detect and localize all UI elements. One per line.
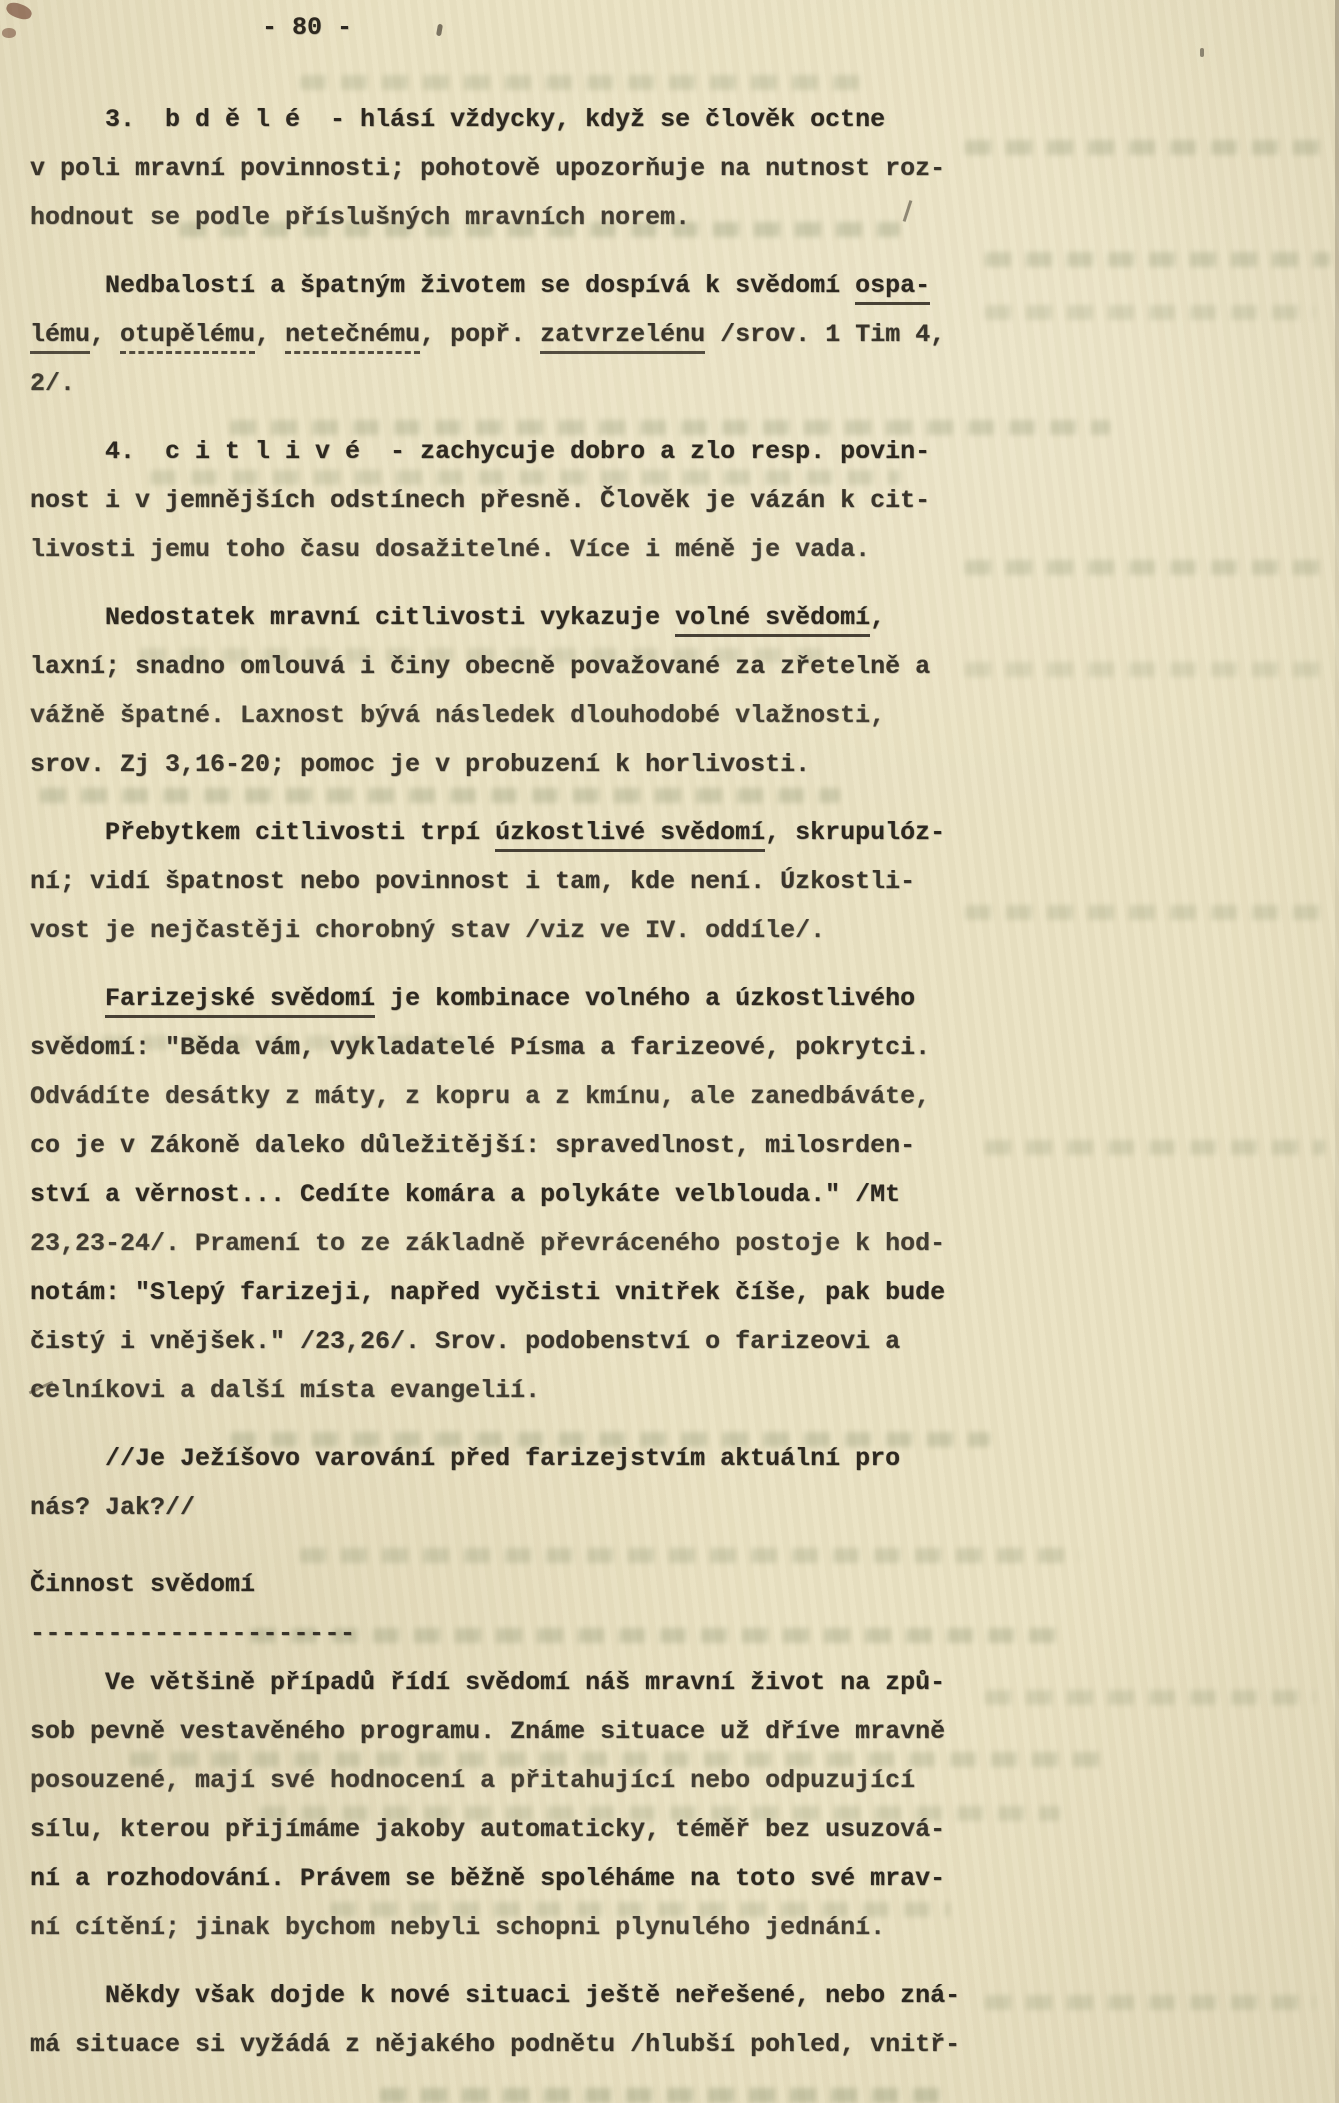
text-segment: srov. Zj 3,16-20; pomoc je v probuzení k… bbox=[30, 750, 810, 779]
text-line: posouzené, mají své hodnocení a přitahuj… bbox=[30, 1756, 970, 1805]
text-line: nás? Jak?// bbox=[30, 1483, 970, 1532]
text-segment: nost i v jemnějších odstínech přesně. Čl… bbox=[30, 486, 930, 515]
text-segment: co je v Zákoně daleko důležitější: sprav… bbox=[30, 1131, 915, 1160]
text-segment: nás? Jak?// bbox=[30, 1493, 195, 1522]
text-segment: ní cítění; jinak bychom nebyli schopni p… bbox=[30, 1913, 885, 1942]
bleed-through-text-artifact bbox=[965, 905, 1326, 920]
text-segment: vážně špatné. Laxnost bývá následek dlou… bbox=[30, 701, 885, 730]
underlined-term: volné svědomí bbox=[675, 603, 870, 637]
text-segment: 23,23-24/. Pramení to ze základně převrá… bbox=[30, 1229, 945, 1258]
text-segment: /srov. 1 Tim 4, bbox=[705, 320, 945, 349]
text-line: laxní; snadno omlouvá i činy obecně pova… bbox=[30, 642, 970, 691]
text-segment: Nedostatek mravní citlivosti vykazuje bbox=[30, 603, 675, 632]
text-line: srov. Zj 3,16-20; pomoc je v probuzení k… bbox=[30, 740, 970, 789]
text-segment: Přebytkem citlivosti trpí bbox=[30, 818, 495, 847]
text-segment: , bbox=[90, 320, 120, 349]
text-line: 23,23-24/. Pramení to ze základně převrá… bbox=[30, 1219, 970, 1268]
text-segment: Ve většině případů řídí svědomí náš mrav… bbox=[30, 1668, 945, 1697]
underlined-term: lému bbox=[30, 320, 90, 354]
text-segment: v poli mravní povinnosti; pohotově upozo… bbox=[30, 154, 945, 183]
ink-speck bbox=[2, 28, 16, 38]
text-line: hodnout se podle příslušných mravních no… bbox=[30, 193, 970, 242]
text-segment: 3. b d ě l é - hlásí vždycky, když se čl… bbox=[30, 105, 885, 134]
text-segment: Odvádíte desátky z máty, z kopru a z kmí… bbox=[30, 1082, 930, 1111]
text-segment: Činnost svědomí bbox=[30, 1570, 255, 1599]
text-line: ní cítění; jinak bychom nebyli schopni p… bbox=[30, 1903, 970, 1952]
text-line: v poli mravní povinnosti; pohotově upozo… bbox=[30, 144, 970, 193]
text-segment: má situace si vyžádá z nějakého podnětu … bbox=[30, 2030, 960, 2059]
text-segment: ní; vidí špatnost nebo povinnost i tam, … bbox=[30, 867, 915, 896]
bleed-through-text-artifact bbox=[965, 140, 1326, 155]
paragraph: Ve většině případů řídí svědomí náš mrav… bbox=[30, 1658, 970, 1952]
bleed-through-text-artifact bbox=[985, 305, 1316, 320]
text-line: Nedbalostí a špatným životem se dospívá … bbox=[30, 261, 970, 310]
paragraph: Někdy však dojde k nové situaci ještě ne… bbox=[30, 1971, 970, 2069]
paragraph: 4. c i t l i v é - zachycuje dobro a zlo… bbox=[30, 427, 970, 574]
bleed-through-text-artifact bbox=[965, 560, 1326, 575]
text-segment: ství a věrnost... Cedíte komára a polyká… bbox=[30, 1180, 900, 1209]
text-line: 3. b d ě l é - hlásí vždycky, když se čl… bbox=[30, 95, 970, 144]
text-segment: posouzené, mají své hodnocení a přitahuj… bbox=[30, 1766, 915, 1795]
underlined-term: úzkostlivé svědomí bbox=[495, 818, 765, 852]
text-line: Přebytkem citlivosti trpí úzkostlivé svě… bbox=[30, 808, 970, 857]
underlined-term: Farizejské svědomí bbox=[105, 984, 375, 1018]
text-segment: , bbox=[870, 603, 885, 632]
text-line: sílu, kterou přijímáme jakoby automatick… bbox=[30, 1805, 970, 1854]
text-line: //Je Ježíšovo varování před farizejstvím… bbox=[30, 1434, 970, 1483]
text-line: Nedostatek mravní citlivosti vykazuje vo… bbox=[30, 593, 970, 642]
text-segment: je kombinace volného a úzkostlivého bbox=[375, 984, 915, 1013]
text-segment: ní a rozhodování. Právem se běžně spoléh… bbox=[30, 1864, 945, 1893]
bleed-through-text-artifact bbox=[985, 1995, 1316, 2010]
underlined-term: otupělému bbox=[120, 320, 255, 354]
bleed-through-text-artifact bbox=[380, 2088, 941, 2103]
text-line: lému, otupělému, netečnému, popř. zatvrz… bbox=[30, 310, 970, 359]
text-segment: notám: "Slepý farizeji, napřed vyčisti v… bbox=[30, 1278, 945, 1307]
text-line: --------------------- bbox=[30, 1609, 970, 1658]
text-line: 2/. bbox=[30, 359, 970, 408]
text-line: ství a věrnost... Cedíte komára a polyká… bbox=[30, 1170, 970, 1219]
ink-speck bbox=[4, 0, 33, 22]
text-segment: 2/. bbox=[30, 369, 75, 398]
paragraph: Nedostatek mravní citlivosti vykazuje vo… bbox=[30, 593, 970, 789]
bleed-through-text-artifact bbox=[965, 662, 1326, 677]
text-segment: Nedbalostí a špatným životem se dospívá … bbox=[30, 271, 855, 300]
text-line: vážně špatné. Laxnost bývá následek dlou… bbox=[30, 691, 970, 740]
text-segment: laxní; snadno omlouvá i činy obecně pova… bbox=[30, 652, 930, 681]
text-line: ní a rozhodování. Právem se běžně spoléh… bbox=[30, 1854, 970, 1903]
scan-edge-shadow bbox=[1335, 0, 1339, 2103]
text-segment: svědomí: "Běda vám, vykladatelé Písma a … bbox=[30, 1033, 930, 1062]
underlined-term: ospa- bbox=[855, 271, 930, 305]
text-segment: 4. c i t l i v é - zachycuje dobro a zlo… bbox=[30, 437, 930, 466]
text-segment: , skrupulóz- bbox=[765, 818, 945, 847]
paragraph: Nedbalostí a špatným životem se dospívá … bbox=[30, 261, 970, 408]
bleed-through-text-artifact bbox=[300, 75, 861, 90]
text-line: Činnost svědomí bbox=[30, 1560, 970, 1609]
text-segment: //Je Ježíšovo varování před farizejstvím… bbox=[30, 1444, 900, 1473]
text-line: svědomí: "Běda vám, vykladatelé Písma a … bbox=[30, 1023, 970, 1072]
paragraph: //Je Ježíšovo varování před farizejstvím… bbox=[30, 1434, 970, 1532]
text-segment: sílu, kterou přijímáme jakoby automatick… bbox=[30, 1815, 945, 1844]
ink-speck bbox=[436, 24, 443, 37]
text-segment: , bbox=[255, 320, 285, 349]
text-line: Farizejské svědomí je kombinace volného … bbox=[30, 974, 970, 1023]
text-line: 4. c i t l i v é - zachycuje dobro a zlo… bbox=[30, 427, 970, 476]
text-segment: livosti jemu toho času dosažitelné. Více… bbox=[30, 535, 870, 564]
text-segment: vost je nejčastěji chorobný stav /viz ve… bbox=[30, 916, 825, 945]
page-number: - 80 - bbox=[262, 6, 352, 50]
text-line: celníkovi a další místa evangelií. bbox=[30, 1366, 970, 1415]
bleed-through-text-artifact bbox=[985, 252, 1331, 267]
text-line: Odvádíte desátky z máty, z kopru a z kmí… bbox=[30, 1072, 970, 1121]
text-line: Ve většině případů řídí svědomí náš mrav… bbox=[30, 1658, 970, 1707]
text-segment: sob pevně vestavěného programu. Známe si… bbox=[30, 1717, 945, 1746]
document-body: 3. b d ě l é - hlásí vždycky, když se čl… bbox=[30, 95, 970, 2069]
ink-speck bbox=[1200, 48, 1204, 57]
text-line: Někdy však dojde k nové situaci ještě ne… bbox=[30, 1971, 970, 2020]
paragraph: Přebytkem citlivosti trpí úzkostlivé svě… bbox=[30, 808, 970, 955]
section-heading: Činnost svědomí--------------------- bbox=[30, 1560, 970, 1658]
text-line: notám: "Slepý farizeji, napřed vyčisti v… bbox=[30, 1268, 970, 1317]
text-segment: Někdy však dojde k nové situaci ještě ne… bbox=[30, 1981, 960, 2010]
bleed-through-text-artifact bbox=[985, 1690, 1316, 1705]
scanned-typewritten-page: - 80 - 3. b d ě l é - hlásí vždycky, kdy… bbox=[0, 0, 1339, 2103]
text-segment: , popř. bbox=[420, 320, 540, 349]
text-line: nost i v jemnějších odstínech přesně. Čl… bbox=[30, 476, 970, 525]
text-segment: celníkovi a další místa evangelií. bbox=[30, 1376, 540, 1405]
text-line: čistý i vnějšek." /23,26/. Srov. podoben… bbox=[30, 1317, 970, 1366]
text-line: má situace si vyžádá z nějakého podnětu … bbox=[30, 2020, 970, 2069]
text-segment: --------------------- bbox=[30, 1619, 356, 1648]
underlined-term: zatvrzelénu bbox=[540, 320, 705, 354]
paragraph: 3. b d ě l é - hlásí vždycky, když se čl… bbox=[30, 95, 970, 242]
text-line: sob pevně vestavěného programu. Známe si… bbox=[30, 1707, 970, 1756]
text-segment: hodnout se podle příslušných mravních no… bbox=[30, 203, 690, 232]
bleed-through-text-artifact bbox=[985, 1140, 1326, 1155]
text-line: ní; vidí špatnost nebo povinnost i tam, … bbox=[30, 857, 970, 906]
text-segment bbox=[30, 984, 105, 1013]
text-line: co je v Zákoně daleko důležitější: sprav… bbox=[30, 1121, 970, 1170]
text-line: vost je nejčastěji chorobný stav /viz ve… bbox=[30, 906, 970, 955]
paragraph: Farizejské svědomí je kombinace volného … bbox=[30, 974, 970, 1415]
text-line: livosti jemu toho času dosažitelné. Více… bbox=[30, 525, 970, 574]
underlined-term: netečnému bbox=[285, 320, 420, 354]
text-segment: čistý i vnějšek." /23,26/. Srov. podoben… bbox=[30, 1327, 900, 1356]
